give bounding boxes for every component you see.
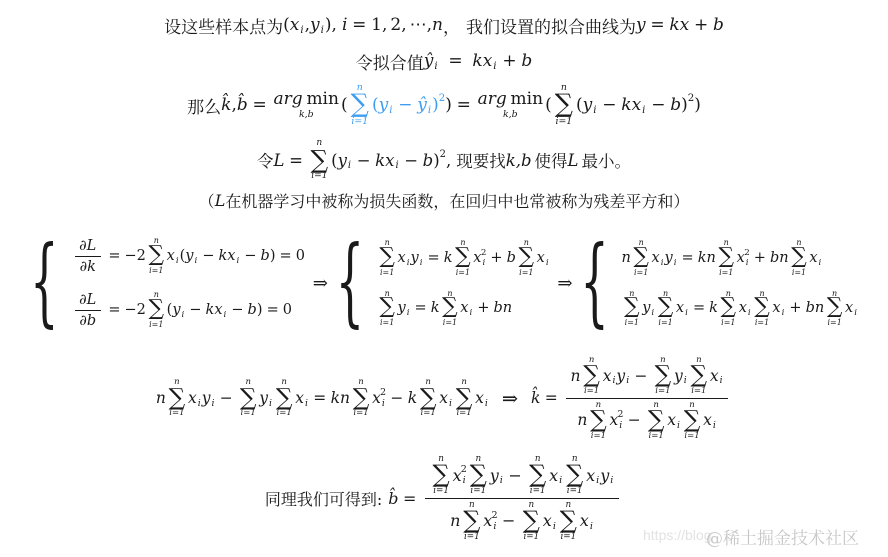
argmin-operator: argmink,b — [478, 91, 543, 120]
math-var: y — [642, 300, 650, 316]
math-operator: − — [189, 302, 201, 318]
summation: n∑i=1 — [519, 239, 535, 276]
math-operator: = — [448, 51, 462, 71]
summation-lower-limit: i=1 — [719, 269, 733, 277]
sigma-icon: ∑ — [721, 298, 737, 316]
math-operator: = — [267, 302, 279, 318]
math-var: y — [172, 302, 180, 318]
math-var: kx — [219, 248, 236, 264]
math-var: y — [665, 250, 673, 266]
math-var: b — [507, 250, 516, 266]
sigma-icon: ∑ — [529, 464, 546, 484]
math-text: ) — [681, 95, 688, 115]
equation-row: ∂L∂k=−2n∑i=1xi(yi−kxi−b)=0 — [71, 236, 305, 277]
math-var: y — [398, 300, 406, 316]
math-operator: − — [244, 248, 256, 264]
math-space — [305, 283, 310, 284]
summation-lower-limit: i=1 — [276, 409, 291, 418]
math-var: ∂L — [79, 238, 96, 254]
math-subscript: i — [782, 308, 785, 318]
math-operator: = — [682, 250, 694, 266]
math-var: kx — [472, 51, 492, 71]
math-var: ∂b — [79, 313, 96, 329]
equation-row: n∑i=1yi=kn∑i=1xi+bn — [377, 290, 550, 327]
math-subscript: i — [612, 375, 615, 386]
summation: n∑i=1 — [149, 291, 165, 328]
math-var: x — [739, 300, 747, 316]
math-var: y — [379, 95, 389, 115]
math-var: L — [274, 151, 285, 170]
math-subscript: i — [596, 475, 599, 486]
math-subscript: i — [182, 310, 185, 320]
math-text: ( — [576, 95, 583, 115]
sigma-icon: ∑ — [433, 464, 450, 484]
summation-lower-limit: i=1 — [353, 409, 368, 418]
sigma-icon: ∑ — [149, 246, 165, 264]
sigma-icon: ∑ — [555, 94, 573, 116]
argmin-min: min — [511, 91, 544, 109]
math-text: 2 — [390, 15, 401, 35]
summation: n∑i=1 — [691, 356, 708, 396]
fraction-numerator: ∂L — [75, 290, 101, 310]
math-subscript: i — [321, 25, 324, 36]
summation-lower-limit: i=1 — [380, 319, 394, 327]
summation: n∑i=1 — [379, 290, 395, 327]
summation-lower-limit: i=1 — [648, 432, 663, 441]
math-operator: = — [108, 248, 120, 264]
summation: n∑i=1 — [470, 455, 487, 496]
math-subscript: i — [434, 61, 437, 72]
math-operator: − — [508, 466, 521, 485]
summation-lower-limit: i=1 — [792, 269, 806, 277]
summation-lower-limit: i=1 — [351, 117, 368, 126]
summation: n∑i=1 — [633, 239, 649, 276]
math-subscript: i — [593, 105, 596, 116]
sigma-icon: ∑ — [684, 410, 701, 430]
summation-lower-limit: i=1 — [584, 387, 599, 396]
math-var: y — [600, 466, 609, 485]
summation: n∑i=1 — [420, 378, 437, 418]
summation: n∑i=1 — [523, 501, 540, 542]
math-text: （ — [199, 189, 215, 212]
math-var: y — [616, 367, 625, 385]
math-var: y — [410, 250, 418, 266]
math-var: x — [439, 389, 448, 407]
summation-lower-limit: i=1 — [149, 267, 163, 275]
sigma-icon: ∑ — [519, 248, 535, 266]
sigma-icon: ∑ — [791, 248, 807, 266]
math-text: −2 — [125, 248, 146, 264]
math-subscript: i — [300, 25, 303, 36]
math-var: kx — [206, 302, 223, 318]
math-subscript: i — [211, 398, 214, 409]
summation-lower-limit: i=1 — [523, 533, 539, 542]
sigma-icon: ∑ — [754, 298, 770, 316]
math-operator: − — [602, 95, 616, 115]
math-text: 使得 — [535, 148, 568, 172]
argmin-arg: arg — [478, 91, 507, 109]
math-subscript: i — [746, 258, 749, 268]
math-var: n — [432, 15, 443, 35]
math-var: k — [709, 300, 718, 316]
math-var: y — [259, 389, 268, 407]
math-var: n — [577, 411, 587, 429]
summation-lower-limit: i=1 — [625, 319, 639, 327]
math-var: ∂L — [79, 292, 96, 308]
summation-lower-limit: i=1 — [421, 409, 436, 418]
math-subscript: i — [626, 375, 629, 386]
math-subscript: i — [382, 398, 385, 409]
math-var: n — [571, 367, 581, 385]
fraction: n∑i=1xi2n∑i=1yi−n∑i=1xin∑i=1xiyinn∑i=1xi… — [425, 453, 619, 544]
summation: n∑i=1 — [311, 139, 329, 181]
math-operator: − — [635, 367, 648, 385]
math-var: i — [342, 15, 347, 35]
math-space — [521, 398, 531, 399]
math-superscript: 2 — [744, 248, 750, 258]
math-operator: − — [231, 302, 243, 318]
sigma-icon: ∑ — [583, 365, 600, 385]
summation: n∑i=1 — [684, 401, 701, 441]
math-text: 现要找 — [456, 148, 506, 172]
math-var: x — [290, 15, 300, 35]
math-subscript: i — [748, 308, 751, 318]
sigma-icon: ∑ — [351, 94, 369, 116]
math-operator: − — [651, 95, 665, 115]
sigma-icon: ∑ — [590, 410, 607, 430]
math-var: ŷ — [417, 95, 427, 115]
summation: n∑i=1 — [463, 501, 480, 542]
math-var: x — [667, 411, 676, 429]
math-text: 最小。 — [581, 148, 631, 172]
math-text: ), — [325, 15, 337, 35]
implies-arrow-icon: ⇒ — [313, 273, 328, 294]
math-var: x — [603, 367, 612, 385]
math-var: kx — [621, 95, 641, 115]
math-var: x — [475, 389, 484, 407]
formula-line-k-solution: nn∑i=1xiyi−n∑i=1yin∑i=1xi=knn∑i=1xi2−kn∑… — [0, 344, 888, 452]
math-var: y — [185, 248, 193, 264]
sigma-icon: ∑ — [523, 510, 540, 530]
summation-lower-limit: i=1 — [691, 387, 706, 396]
math-operator: = — [428, 250, 440, 266]
sigma-icon: ∑ — [240, 388, 257, 408]
summation: n∑i=1 — [658, 290, 674, 327]
summation: n∑i=1 — [754, 290, 770, 327]
math-operator: + — [754, 250, 766, 266]
fraction-denominator: nn∑i=1xi2−n∑i=1xin∑i=1xi — [445, 499, 598, 544]
sigma-icon: ∑ — [624, 298, 640, 316]
math-subscript: i — [305, 398, 308, 409]
sigma-icon: ∑ — [456, 388, 473, 408]
math-text: ( — [372, 95, 379, 115]
math-var: y — [636, 15, 646, 35]
math-var: x — [580, 511, 589, 530]
summation-lower-limit: i=1 — [443, 319, 457, 327]
math-var: n — [450, 511, 460, 530]
math-subscript: i — [194, 256, 197, 266]
math-hat-var: k̂ — [221, 95, 231, 115]
equation-system-rows: ∂L∂k=−2n∑i=1xi(yi−kxi−b)=0∂L∂b=−2n∑i=1(y… — [71, 236, 305, 331]
math-operator: = — [253, 95, 267, 115]
math-subscript: i — [651, 308, 654, 318]
math-text: ⋯ — [410, 15, 427, 35]
math-operator: − — [404, 151, 418, 170]
argmin-label: argmin — [478, 91, 543, 109]
math-subscript: i — [619, 420, 622, 431]
math-operator: = — [403, 489, 416, 508]
summation-lower-limit: i=1 — [530, 487, 546, 496]
math-var: x — [188, 389, 197, 407]
math-subscript: i — [420, 258, 423, 268]
equation-row: n∑i=1yin∑i=1xi=kn∑i=1xin∑i=1xi+bnn∑i=1xi — [621, 290, 858, 327]
summation: n∑i=1 — [560, 501, 577, 542]
fraction-denominator: nn∑i=1xi2−n∑i=1xin∑i=1xi — [573, 399, 722, 443]
math-var: n — [156, 389, 166, 407]
math-var: L — [215, 191, 226, 210]
math-subscript: i — [590, 521, 593, 532]
math-subscript: i — [610, 475, 613, 486]
summation: n∑i=1 — [655, 356, 672, 396]
formula-line-loss-note: （L在机器学习中被称为损失函数，在回归中也常被称为残差平方和） — [0, 186, 888, 214]
summation: n∑i=1 — [351, 83, 369, 126]
math-var: y — [583, 95, 593, 115]
math-var: b — [261, 248, 270, 264]
math-subscript: i — [493, 521, 496, 532]
sigma-icon: ∑ — [442, 298, 458, 316]
math-hat-var: b̂ — [237, 95, 248, 115]
math-operator: = — [108, 302, 120, 318]
math-var: y — [310, 15, 320, 35]
math-operator: = — [693, 300, 705, 316]
math-subscript: i — [428, 105, 431, 116]
math-subscript: i — [720, 375, 723, 386]
implies-arrow-icon: ⇒ — [502, 387, 518, 410]
math-subscript: i — [819, 258, 822, 268]
fraction: ∂L∂b — [75, 290, 101, 331]
sigma-icon: ∑ — [633, 248, 649, 266]
math-subscript: i — [482, 258, 485, 268]
math-subscript: i — [463, 475, 466, 486]
math-var: y — [338, 151, 347, 170]
math-subscript: i — [449, 398, 452, 409]
equation-row: n∑i=1xiyi=kn∑i=1xi2+bn∑i=1xi — [377, 239, 550, 276]
summation-lower-limit: i=1 — [655, 387, 670, 396]
summation-lower-limit: i=1 — [560, 533, 576, 542]
math-var: x — [586, 466, 595, 485]
math-var: kx — [375, 151, 394, 170]
summation-lower-limit: i=1 — [470, 487, 486, 496]
summation: n∑i=1 — [721, 290, 737, 327]
equation-system-rows: n∑i=1xiyi=kn∑i=1xi2+bn∑i=1xin∑i=1yi=kn∑i… — [377, 239, 550, 327]
math-var: k,b — [506, 151, 532, 170]
math-operator: = — [352, 15, 366, 35]
summation-lower-limit: i=1 — [684, 432, 699, 441]
equation-system: {nn∑i=1xiyi=knn∑i=1xi2+bnn∑i=1xin∑i=1yin… — [580, 239, 858, 327]
math-operator: − — [502, 511, 515, 530]
math-var: ŷ — [424, 51, 434, 71]
summation: n∑i=1 — [583, 356, 600, 396]
math-hat-var: k̂ — [531, 389, 540, 407]
formula-line-argmin: 那么k̂,b̂=argmink,b(n∑i=1(yi−ŷi)2)=argmink… — [0, 78, 888, 132]
math-var: x — [710, 367, 719, 385]
formula-line-loss-definition: 令L=n∑i=1(yi−kxi−b)2,现要找k,b使得L最小。 — [0, 134, 888, 186]
math-subscript: i — [677, 420, 680, 431]
math-text: ) — [432, 95, 439, 115]
math-operator: = — [313, 389, 326, 407]
math-superscript: 2 — [461, 464, 467, 475]
summation-lower-limit: i=1 — [241, 409, 256, 418]
math-var: y — [202, 389, 211, 407]
summation: n∑i=1 — [590, 401, 607, 441]
math-var: bn — [806, 300, 825, 316]
equation-system: {n∑i=1xiyi=kn∑i=1xi2+bn∑i=1xin∑i=1yi=kn∑… — [336, 239, 550, 327]
math-operator: + — [502, 51, 516, 71]
fraction-numerator: nn∑i=1xiyi−n∑i=1yin∑i=1xi — [566, 354, 728, 398]
summation: n∑i=1 — [169, 378, 186, 418]
math-text: ) — [694, 95, 701, 115]
sigma-icon: ∑ — [648, 410, 665, 430]
summation: n∑i=1 — [555, 83, 573, 126]
sigma-icon: ∑ — [566, 464, 583, 484]
math-hat-var: b̂ — [388, 489, 398, 508]
math-var: x — [537, 250, 545, 266]
math-operator: − — [628, 411, 641, 429]
sigma-icon: ∑ — [560, 510, 577, 530]
summation: n∑i=1 — [149, 237, 165, 274]
math-var: b — [521, 51, 532, 71]
math-text: 1 — [371, 15, 382, 35]
summation: n∑i=1 — [718, 239, 734, 276]
sigma-icon: ∑ — [276, 388, 293, 408]
math-subscript: i — [500, 475, 503, 486]
equation-row: ∂L∂b=−2n∑i=1(yi−kxi−b)=0 — [71, 290, 305, 331]
math-text: ( — [283, 15, 290, 35]
math-var: y — [490, 466, 499, 485]
math-subscript: i — [684, 375, 687, 386]
summation-lower-limit: i=1 — [149, 321, 163, 329]
sigma-icon: ∑ — [353, 388, 370, 408]
summation: n∑i=1 — [648, 401, 665, 441]
sigma-icon: ∑ — [718, 248, 734, 266]
fraction-denominator: ∂b — [75, 311, 100, 331]
math-operator: + — [694, 15, 708, 35]
math-var: k — [444, 250, 453, 266]
math-var: k — [408, 389, 417, 407]
math-subscript: i — [559, 475, 562, 486]
math-var: b — [248, 302, 257, 318]
math-operator: = — [650, 15, 664, 35]
math-subscript: i — [469, 308, 472, 318]
sigma-icon: ∑ — [463, 510, 480, 530]
math-superscript: 2 — [491, 510, 497, 521]
fraction: ∂L∂k — [75, 236, 101, 277]
math-text: 同理我们可得到: — [265, 487, 382, 510]
implies-arrow-icon: ⇒ — [557, 273, 572, 294]
math-text: ) — [257, 302, 263, 318]
summation: n∑i=1 — [442, 290, 458, 327]
math-var: x — [398, 250, 406, 266]
math-operator: = — [457, 95, 471, 115]
summation: n∑i=1 — [566, 455, 583, 496]
math-subscript: i — [546, 258, 549, 268]
summation-lower-limit: i=1 — [456, 409, 471, 418]
math-superscript: 2 — [439, 93, 445, 104]
left-brace-icon: { — [336, 235, 365, 332]
summation: n∑i=1 — [240, 378, 257, 418]
sigma-icon: ∑ — [691, 365, 708, 385]
math-superscript: 2 — [440, 149, 446, 160]
argmin-label: argmin — [274, 91, 339, 109]
summation-lower-limit: i=1 — [591, 432, 606, 441]
summation-lower-limit: i=1 — [721, 319, 735, 327]
summation-lower-limit: i=1 — [567, 487, 583, 496]
math-var: y — [674, 367, 683, 385]
sigma-icon: ∑ — [149, 300, 165, 318]
formula-line-fitted-value: 令拟合值ŷi=kxi+b — [0, 44, 888, 78]
summation: n∑i=1 — [624, 290, 640, 327]
highlighted-term: n∑i=1(yi−ŷi)2 — [348, 83, 446, 126]
fraction-numerator: ∂L — [75, 236, 101, 256]
math-text: 0 — [296, 248, 305, 264]
math-subscript: i — [395, 160, 398, 171]
math-var: x — [167, 248, 175, 264]
math-subscript: i — [553, 521, 556, 532]
math-var: x — [845, 300, 853, 316]
math-subscript: i — [269, 398, 272, 409]
summation: n∑i=1 — [276, 378, 293, 418]
summation: n∑i=1 — [827, 290, 843, 327]
math-var: b — [713, 15, 724, 35]
math-operator: + — [477, 300, 489, 316]
sigma-icon: ∑ — [470, 464, 487, 484]
summation-lower-limit: i=1 — [380, 269, 394, 277]
equation-system: {∂L∂k=−2n∑i=1xi(yi−kxi−b)=0∂L∂b=−2n∑i=1(… — [30, 236, 305, 331]
math-text: 0 — [283, 302, 292, 318]
math-text: ， — [443, 13, 460, 38]
math-subscript: i — [407, 258, 410, 268]
math-var: kx — [669, 15, 689, 35]
math-operator: − — [220, 389, 233, 407]
sigma-icon: ∑ — [379, 248, 395, 266]
math-operator: − — [202, 248, 214, 264]
math-operator: + — [490, 250, 502, 266]
summation-lower-limit: i=1 — [827, 319, 841, 327]
summation: n∑i=1 — [379, 239, 395, 276]
summation: n∑i=1 — [433, 455, 450, 496]
sigma-icon: ∑ — [455, 248, 471, 266]
math-var: bn — [770, 250, 789, 266]
summation-lower-limit: i=1 — [755, 319, 769, 327]
math-var: L — [568, 151, 579, 170]
math-var: ∂k — [80, 259, 96, 275]
math-space — [489, 398, 499, 399]
math-subscript: i — [236, 256, 239, 266]
summation-lower-limit: i=1 — [456, 269, 470, 277]
left-brace-icon: { — [30, 235, 59, 332]
math-var: x — [676, 300, 684, 316]
sigma-icon: ∑ — [169, 388, 186, 408]
argmin-min: min — [306, 91, 339, 109]
math-var: x — [460, 300, 468, 316]
math-subscript: i — [674, 258, 677, 268]
summation: n∑i=1 — [455, 239, 471, 276]
summation-lower-limit: i=1 — [555, 117, 572, 126]
math-subscript: i — [224, 310, 227, 320]
summation-lower-limit: i=1 — [634, 269, 648, 277]
math-var: kn — [698, 250, 716, 266]
sigma-icon: ∑ — [655, 365, 672, 385]
